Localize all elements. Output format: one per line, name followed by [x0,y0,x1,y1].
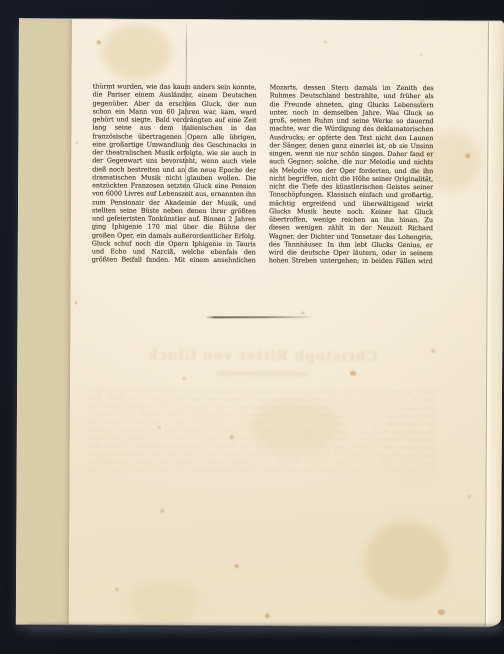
foxing-spot [324,41,327,44]
photo-background: Christoph Ritter von Gluck thürmt wurden… [0,0,504,654]
foxing-spot [431,349,435,353]
foxing-spot [75,301,78,304]
foxing-spot [301,311,304,314]
foxing-spot [420,53,423,56]
stain [364,521,449,601]
foxing-spot [234,564,239,568]
page-bottom-shadow [30,625,504,639]
next-page-edge [485,21,504,626]
foxing-spot [230,435,234,439]
text-column-left: thürmt wurden, wie das kaum anders sein … [92,82,257,266]
foxing-spot [182,377,186,380]
page-fore-edges [16,19,72,624]
foxing-spot [350,371,356,376]
foxing-spot [265,613,270,618]
book-page: Christoph Ritter von Gluck thürmt wurden… [16,18,504,628]
foxing-spot [75,141,78,144]
foxing-spot [115,588,119,592]
foxing-spot [438,609,445,615]
section-end-rule [206,316,312,318]
text-column-right: Mozarts, dessen Stern damals im Zenith d… [269,83,434,267]
stain [129,580,199,625]
stain [102,24,172,79]
foxing-spot [465,153,470,158]
foxing-spot [97,40,101,44]
foxing-spot [158,426,161,429]
foxing-spot [160,509,164,513]
stain [250,400,340,450]
bleedthrough-subtitle-smudge [217,372,307,375]
text-block: thürmt wurden, wie das kaum anders sein … [92,82,434,267]
foxing-spot [467,494,471,498]
